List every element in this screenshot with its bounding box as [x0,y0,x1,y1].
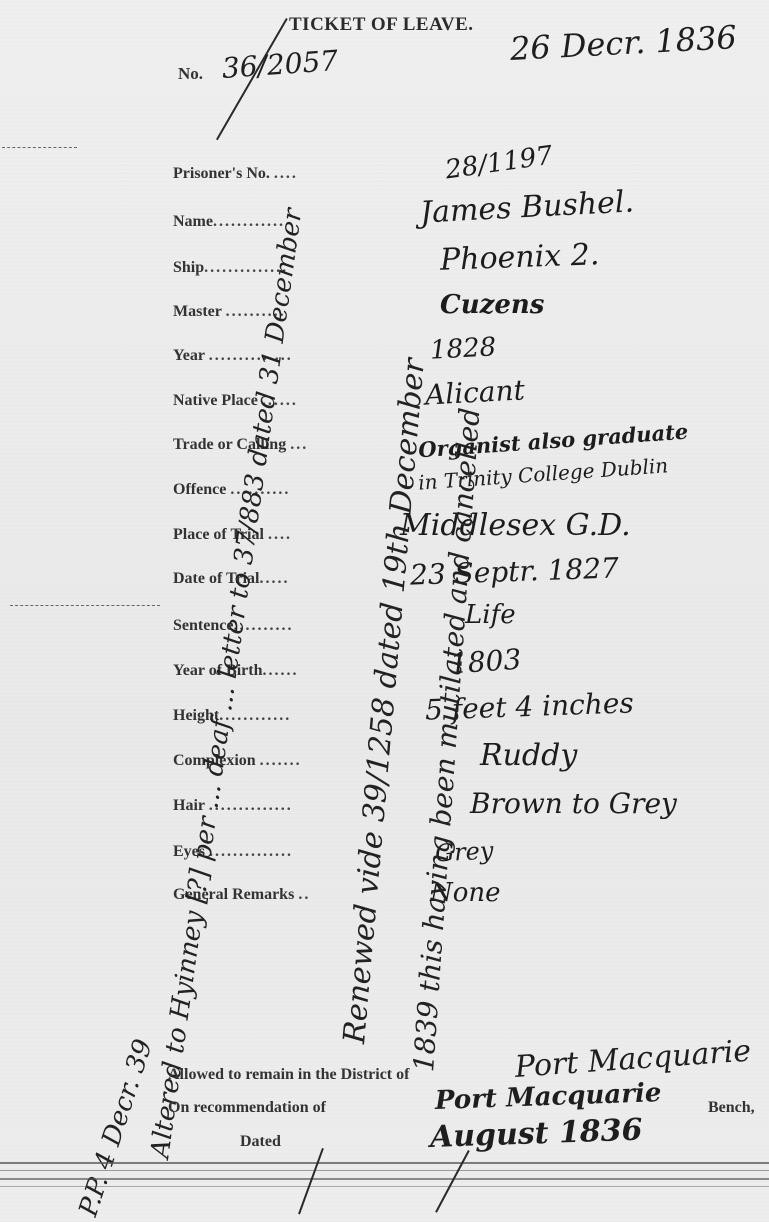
bottom-rule-2 [0,1170,769,1171]
field-value-prisoners-no: 28/1197 [443,141,554,186]
leader-dots: .... [274,165,298,182]
label-text: Master [173,303,222,320]
dated-value: August 1836 [429,1113,643,1155]
field-label-ship: Ship.............. [173,259,343,277]
field-label-date-of-trial: Date of Trial..... [173,570,343,588]
leader-dots: ............ [213,213,285,230]
bottom-rule-4 [0,1186,769,1187]
ticket-date: 26 Decr. 1836 [509,18,738,68]
dated-label: Dated [240,1133,281,1151]
field-value-hair: Brown to Grey [470,787,677,820]
field-value-place-of-trial: Middlesex G.D. [400,508,631,543]
label-text: Prisoner's No. [173,165,270,182]
bottom-rule-3 [0,1178,769,1180]
label-text: Name [173,213,213,230]
field-label-sentence: Sentence.......... [173,617,343,635]
document-page: TICKET OF LEAVE. No. 36/2057 26 Decr. 18… [0,0,769,1222]
ticket-number-value: 36/2057 [221,44,339,85]
leader-dots: ....... [260,752,302,769]
field-value-name: James Bushel. [419,184,635,230]
field-label-complexion: Complexion ....... [173,752,343,770]
recommendation-label: On recommendation of [168,1099,326,1117]
ink-stroke [298,1148,324,1214]
margin-note-pp: P.P. 4 Decr. 39 [73,1036,158,1220]
label-text: Offence [173,481,226,498]
leader-dots: .............. [209,843,293,860]
leader-dots: .. [298,886,310,903]
field-label-master: Master .......... [173,303,343,321]
field-label-prisoners-no: Prisoner's No. .... [173,165,343,183]
field-value-ship: Phoenix 2. [439,237,599,278]
label-text: Year [173,347,205,364]
ticket-number-label: No. [178,64,203,84]
district-label: Allowed to remain in the District of [168,1066,409,1084]
ink-stroke [435,1150,470,1213]
field-label-height: Height............ [173,707,343,725]
field-label-name: Name............ [173,213,343,231]
field-value-year: 1828 [429,332,497,365]
leader-dots: ...... [262,662,298,679]
label-text: Native Place [173,392,258,409]
field-value-complexion: Ruddy [480,738,577,773]
recommendation-value: Port Macquarie [434,1078,661,1116]
bottom-rule-1 [0,1162,769,1164]
label-text: Ship [173,259,204,276]
edge-mark [2,147,77,149]
edge-mark [10,605,160,607]
recommendation-suffix: Bench, [708,1099,755,1117]
field-value-native-place: Alicant [424,373,525,411]
field-label-year-of-birth: Year of Birth...... [173,662,343,680]
field-value-master: Cuzens [440,290,544,320]
district-value: Port Macquarie [514,1034,752,1085]
leader-dots: ..... [260,570,290,587]
leader-dots: .... [268,526,292,543]
document-title: TICKET OF LEAVE. [289,14,474,36]
leader-dots: ... [290,436,308,453]
